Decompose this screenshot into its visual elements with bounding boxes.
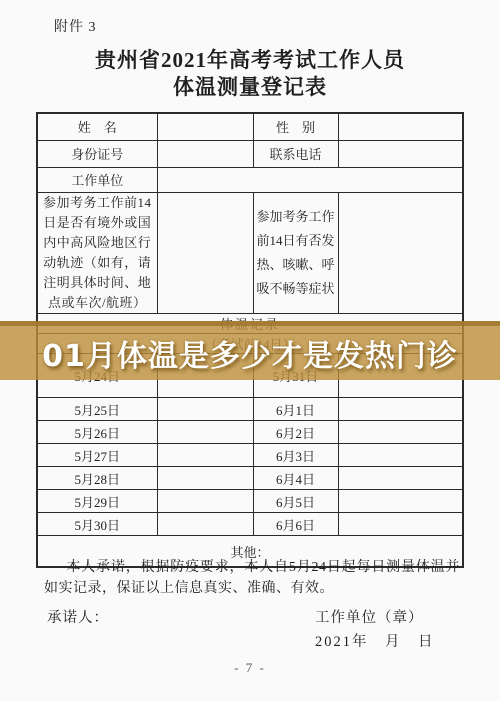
travel-history-value-cell xyxy=(157,192,253,314)
document-title: 贵州省2021年高考考试工作人员 体温测量登记表 xyxy=(0,47,500,101)
symptoms-value-cell xyxy=(338,192,463,314)
date-label: 5月26日 xyxy=(37,421,157,444)
temperature-value-cell xyxy=(157,513,253,536)
work-unit-label: 工作单位 xyxy=(37,167,157,192)
temperature-value-cell xyxy=(338,421,463,444)
document-title-line1: 贵州省2021年高考考试工作人员 xyxy=(0,47,500,74)
temperature-value-cell xyxy=(157,421,253,444)
name-value-cell xyxy=(157,113,253,140)
symptoms-label: 参加考务工作前14日有否发热、咳嗽、呼吸不畅等症状 xyxy=(253,192,338,314)
temperature-value-cell xyxy=(338,398,463,421)
caption-overlay-banner: 01月体温是多少才是发热门诊 xyxy=(0,321,500,380)
signer-label: 承诺人： xyxy=(47,606,109,627)
date-label: 6月3日 xyxy=(253,444,338,467)
table-row: 身份证号 联系电话 xyxy=(37,140,463,167)
table-row: 姓 名 性 别 xyxy=(37,113,463,140)
unit-seal-label: 工作单位（章） xyxy=(315,606,424,627)
caption-overlay-text: 01月体温是多少才是发热门诊 xyxy=(42,331,458,375)
pledge-statement: 本人承诺，根据防疫要求，本人自5月24日起每日测量体温并如实记录，保证以上信息真… xyxy=(44,557,460,599)
phone-value-cell xyxy=(338,140,463,167)
temperature-value-cell xyxy=(338,513,463,536)
date-label: 5月28日 xyxy=(37,467,157,490)
date-label: 6月6日 xyxy=(253,513,338,536)
temperature-value-cell xyxy=(338,490,463,513)
table-row: 5月27日 6月3日 xyxy=(37,444,463,467)
table-row: 5月28日 6月4日 xyxy=(37,467,463,490)
date-label: 6月2日 xyxy=(253,421,338,444)
date-label: 6月4日 xyxy=(253,467,338,490)
phone-label: 联系电话 xyxy=(253,140,338,167)
document-title-line2: 体温测量登记表 xyxy=(0,74,500,101)
attachment-label: 附件 3 xyxy=(54,16,97,36)
date-label: 6月5日 xyxy=(253,490,338,513)
table-row: 5月30日 6月6日 xyxy=(37,513,463,536)
temperature-value-cell xyxy=(338,467,463,490)
table-row: 5月29日 6月5日 xyxy=(37,490,463,513)
temperature-value-cell xyxy=(157,467,253,490)
scanned-document-page: 附件 3 贵州省2021年高考考试工作人员 体温测量登记表 姓 名 性 别 身份… xyxy=(0,0,500,701)
id-number-value-cell xyxy=(157,140,253,167)
date-label: 5月27日 xyxy=(37,444,157,467)
date-label: 6月1日 xyxy=(253,398,338,421)
table-row: 5月25日 6月1日 xyxy=(37,398,463,421)
table-row: 工作单位 xyxy=(37,167,463,192)
table-row: 5月26日 6月2日 xyxy=(37,421,463,444)
date-label: 5月25日 xyxy=(37,398,157,421)
gender-value-cell xyxy=(338,113,463,140)
table-row: 参加考务工作前14日是否有境外或国内中高风险地区行动轨迹（如有，请注明具体时间、… xyxy=(37,192,463,314)
signature-date-line: 2021年 月 日 xyxy=(315,630,435,651)
temperature-value-cell xyxy=(157,398,253,421)
travel-history-label: 参加考务工作前14日是否有境外或国内中高风险地区行动轨迹（如有，请注明具体时间、… xyxy=(37,192,157,314)
id-number-label: 身份证号 xyxy=(37,140,157,167)
temperature-value-cell xyxy=(157,490,253,513)
date-label: 5月29日 xyxy=(37,490,157,513)
date-label: 5月30日 xyxy=(37,513,157,536)
name-label: 姓 名 xyxy=(37,113,157,140)
gender-label: 性 别 xyxy=(253,113,338,140)
temperature-value-cell xyxy=(157,444,253,467)
temperature-value-cell xyxy=(338,444,463,467)
work-unit-value-cell xyxy=(157,167,463,192)
page-number: - 7 - xyxy=(0,660,500,676)
